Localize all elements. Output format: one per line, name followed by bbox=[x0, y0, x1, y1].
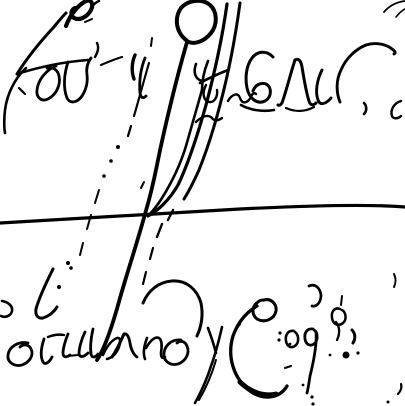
descender-dot-1 bbox=[116, 145, 120, 149]
descender-dot-3 bbox=[102, 174, 106, 178]
l-dot-lower bbox=[57, 285, 61, 289]
descender-dot-2 bbox=[109, 159, 113, 163]
superscript-dash bbox=[341, 296, 342, 305]
g-tail-dot-3 bbox=[302, 384, 305, 387]
handwriting-ink-canvas bbox=[0, 0, 405, 406]
g-side-dot bbox=[329, 354, 332, 357]
manuscript-scan bbox=[0, 0, 405, 406]
descender-dot-4 bbox=[69, 266, 73, 270]
minim-connector bbox=[68, 355, 78, 356]
colon-dot-big bbox=[343, 352, 350, 359]
g-tail-dot-1 bbox=[310, 395, 313, 398]
l-dot-upper bbox=[66, 261, 70, 265]
small-tick bbox=[151, 38, 152, 46]
c-mouth-dot-1 bbox=[278, 331, 281, 334]
g-tail-dot-2 bbox=[311, 402, 314, 405]
o3-dot bbox=[289, 343, 292, 346]
c-mouth-dot-2 bbox=[277, 338, 280, 341]
paper-background bbox=[0, 0, 405, 406]
colon-dot-small bbox=[356, 351, 359, 354]
br-corner-dot bbox=[387, 401, 390, 404]
